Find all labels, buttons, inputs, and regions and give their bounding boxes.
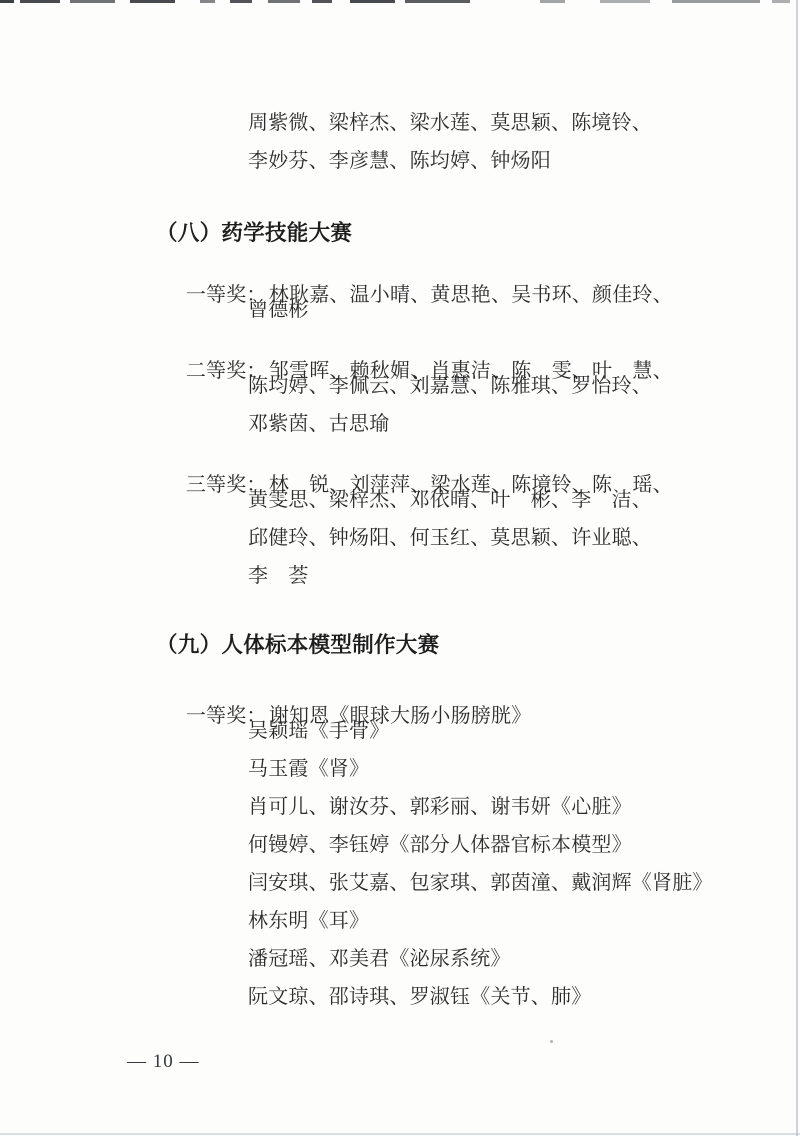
scanned-document-page: 周紫微、梁梓杰、梁水莲、莫思颖、陈境铃、 李妙芬、李彦慧、陈均婷、钟炀阳 （八）… [0, 0, 800, 1136]
section-heading-pharmacy-skills-contest: （八）药学技能大赛 [156, 221, 352, 246]
award-winner-names-line: 吴颖瑶《手骨》 [248, 720, 389, 743]
scan-artifact-bottom-edge [0, 1133, 800, 1135]
scan-artifact-top-edge [0, 0, 800, 3]
award-winner-names-line: 马玉霞《肾》 [248, 758, 369, 781]
award-winner-names-line: 陈均婷、李佩云、刘嘉慧、陈雅琪、罗怡玲、 [248, 375, 652, 398]
award-winner-names-line: 黄雯思、梁梓杰、邓依晴、叶 彬、李 洁、 [248, 489, 652, 512]
award-winner-names-line: 李 荟 [248, 565, 309, 588]
award-winner-names-line: 何镘婷、李钰婷《部分人体器官标本模型》 [248, 834, 632, 857]
award-winner-names-line: 曾德彬 [248, 299, 309, 322]
award-winner-names-line: 周紫微、梁梓杰、梁水莲、莫思颖、陈境铃、 [248, 112, 652, 135]
award-winner-names-line: 闫安琪、张艾嘉、包家琪、郭茵潼、戴润辉《肾脏》 [248, 872, 713, 895]
section-heading-human-specimen-model-contest: （九）人体标本模型制作大赛 [156, 633, 439, 658]
scan-artifact-right-edge [796, 0, 798, 1136]
page-number: — 10 — [127, 1051, 200, 1073]
award-winner-names: 林耿嘉、温小晴、黄思艳、吴书环、颜佳玲、 [269, 284, 673, 306]
award-winner-names-line: 李妙芬、李彦慧、陈均婷、钟炀阳 [248, 150, 551, 173]
award-winner-names-line: 肖可儿、谢汝芬、郭彩丽、谢韦妍《心脏》 [248, 796, 632, 819]
award-entry-line: 一等奖：林耿嘉、温小晴、黄思艳、吴书环、颜佳玲、 [165, 261, 673, 330]
award-winner-names-line: 林东明《耳》 [248, 910, 369, 933]
award-winner-names-line: 邱健玲、钟炀阳、何玉红、莫思颖、许业聪、 [248, 527, 652, 550]
award-winner-names-line: 潘冠瑶、邓美君《泌尿系统》 [248, 948, 511, 971]
scan-speck [550, 1040, 553, 1043]
award-winner-names-line: 邓紫茵、古思瑜 [248, 413, 389, 436]
award-winner-names-line: 阮文琼、邵诗琪、罗淑钰《关节、肺》 [248, 986, 591, 1009]
